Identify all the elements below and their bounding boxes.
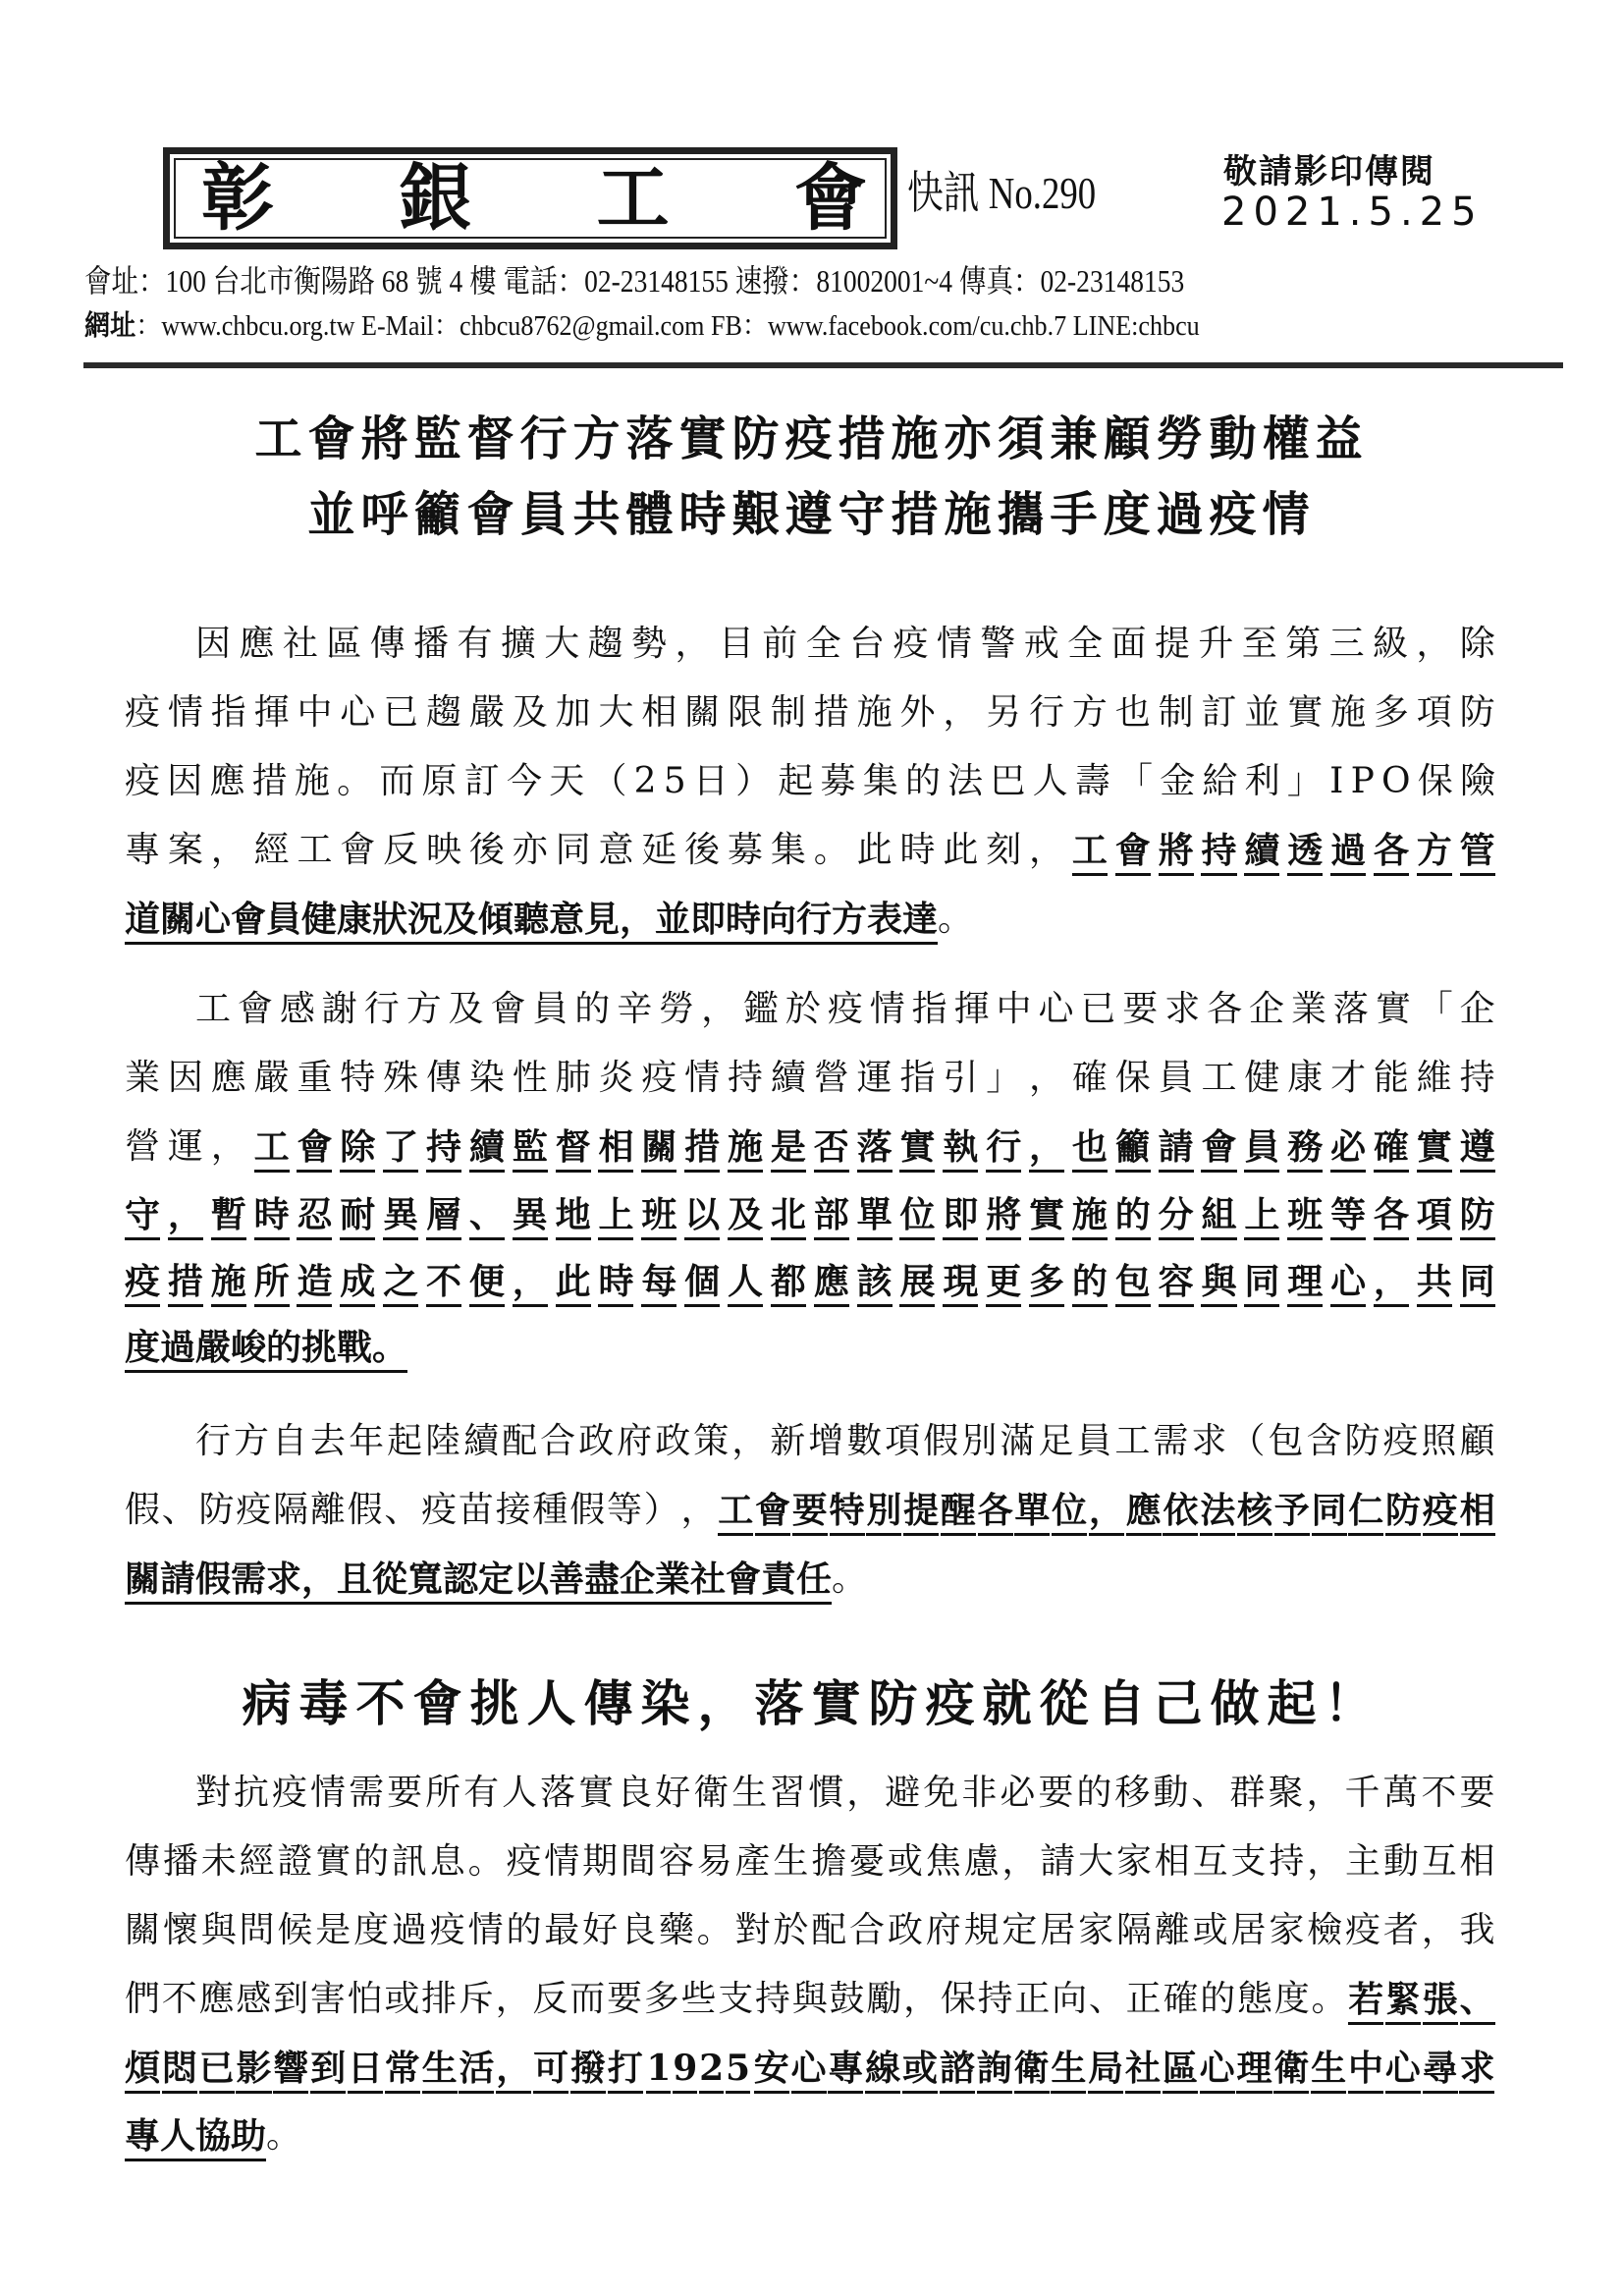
body-text: 性 (513, 1061, 548, 1096)
body-text: 照 (1422, 1424, 1457, 1459)
emphasized-text: 位 (899, 1197, 935, 1240)
body-text: 集 (863, 764, 898, 799)
body-text: 因 (168, 1061, 203, 1096)
body-text: 疫 (641, 1061, 676, 1096)
emphasized-text: 2 (699, 2050, 724, 2094)
body-text: 刻 (986, 833, 1021, 876)
body-text: 及 (513, 695, 548, 731)
emphasized-text: 成 (340, 1264, 375, 1307)
paragraph-line: 關懷與問候是度過疫情的最好良藥。對於配合政府規定居家隔離或居家檢疫者，我 (125, 1913, 1495, 1948)
body-text: 2 (634, 764, 657, 799)
body-text: 持 (978, 1982, 1013, 2025)
body-text: 反 (532, 1982, 568, 2025)
paragraph-line: 行方自去年起陸續配合政府政策，新增數項假別滿足員工需求（包含防疫照顧 (195, 1424, 1495, 1459)
body-text: O (1381, 764, 1411, 799)
body-text: 。 (832, 1561, 867, 1605)
emphasized-text: 會 (1201, 1129, 1236, 1173)
body-text: 防 (1460, 695, 1495, 731)
body-text: 於 (785, 992, 821, 1027)
body-text: 應 (209, 764, 244, 799)
emphasized-text: 確 (1374, 1129, 1409, 1173)
body-text: 給 (1202, 764, 1237, 799)
paragraph-line: 對抗疫情需要所有人落實良好衛生習慣，避免非必要的移動、群聚，千萬不要 (195, 1776, 1495, 1811)
emphasized-text: 各 (978, 1493, 1013, 1536)
body-text: 指 (211, 695, 246, 731)
body-text: 間 (621, 1844, 656, 1880)
emphasized-text: 各 (1374, 1197, 1409, 1240)
body-text: 假 (348, 1493, 383, 1536)
emphasized-text: 務 (1287, 1129, 1323, 1173)
body-text: 募 (821, 764, 856, 799)
emphasized-text: 工 (718, 1493, 753, 1536)
paragraph-line: 道關心會員健康狀況及傾聽意見，並即時向行方表達。 (125, 902, 1495, 945)
body-text: 是 (315, 1913, 351, 1948)
section-heading: 病毒不會挑人傳染，落實防疫就從自己做起！ (0, 1679, 1623, 1728)
emphasized-text: 單 (1014, 1493, 1050, 1536)
body-text: 或 (888, 1844, 923, 1880)
emphasized-text: 忍 (297, 1197, 332, 1240)
body-text: ， (903, 1982, 939, 2025)
body-text: 才 (1330, 1061, 1366, 1096)
body-text: 戒 (1024, 627, 1059, 662)
body-text: 措 (814, 695, 849, 731)
emphasized-text: 影 (236, 2050, 271, 2094)
body-text: 新 (770, 1424, 805, 1459)
emphasized-text: 特 (830, 1493, 865, 1536)
body-text: 相 (641, 695, 676, 731)
body-text: 後 (684, 833, 720, 876)
body-text: 特 (340, 1061, 375, 1096)
emphasized-text: 求 (1459, 2050, 1494, 2094)
body-text: （ (591, 764, 626, 799)
body-text: 疫 (893, 627, 929, 662)
body-text: 態 (1237, 1982, 1272, 2025)
emphasized-text: 實 (1029, 1197, 1064, 1240)
body-text: 求 (1191, 1424, 1226, 1459)
emphasized-text: 核 (1237, 1493, 1272, 1536)
body-text: 續 (463, 1424, 499, 1459)
body-text: 千 (1344, 1776, 1380, 1811)
body-text: 會 (340, 833, 375, 876)
emphasized-text: 多 (1029, 1264, 1064, 1307)
body-text: ， (1029, 833, 1064, 876)
body-text: 疫 (1382, 1424, 1418, 1459)
emphasized-text: 組 (1201, 1197, 1236, 1240)
emphasized-text: 個 (684, 1264, 720, 1307)
emphasized-text: 持 (1201, 833, 1236, 876)
emphasized-text: 打 (608, 2050, 643, 2094)
body-text: 」 (986, 1061, 1021, 1096)
issue-date: 2021.5.25 (1221, 192, 1484, 232)
emphasized-text: 生 (422, 2050, 458, 2094)
emphasized-text: 疫 (1423, 1493, 1458, 1536)
body-text: 巴 (990, 764, 1025, 799)
body-text: 面 (1111, 627, 1147, 662)
emphasized-text: 籲 (1115, 1129, 1151, 1173)
emphasized-text: 層 (426, 1197, 461, 1240)
emphasized-text: 遵 (1460, 1129, 1495, 1173)
body-text: 5 (664, 764, 686, 799)
body-text: 營 (814, 1061, 849, 1096)
body-text: 正 (1126, 1982, 1162, 2025)
body-text: ， (1001, 1844, 1037, 1880)
body-text: 級 (1373, 627, 1408, 662)
emphasized-text: 區 (1163, 2050, 1198, 2094)
body-text: 情 (310, 1776, 346, 1811)
body-text: 中 (997, 992, 1032, 1027)
body-text: 擔 (811, 1844, 846, 1880)
body-text: ， (680, 1493, 716, 1536)
body-text: 息 (430, 1844, 465, 1880)
body-text: 生 (731, 1776, 767, 1811)
body-text: 們 (125, 1982, 160, 2025)
body-text: 、 (384, 1493, 419, 1536)
body-text: 良 (617, 1776, 652, 1811)
body-text: 情 (937, 627, 972, 662)
body-text: 限 (728, 695, 763, 731)
emphasized-text: 社 (1125, 2050, 1161, 2094)
body-text: 三 (1329, 627, 1365, 662)
body-text: 企 (1249, 992, 1284, 1027)
body-text: 疫 (828, 992, 863, 1027)
emphasized-text: 此 (556, 1264, 591, 1307)
body-text: 多 (644, 1982, 679, 2025)
emphasized-text: 常 (385, 2050, 420, 2094)
body-text: 台 (849, 627, 885, 662)
body-text: 壽 (1075, 764, 1110, 799)
emphasized-text: 心 (1200, 2050, 1235, 2094)
body-text: 。 (938, 902, 973, 945)
body-text: 良 (621, 1913, 656, 1948)
body-text: 殊 (383, 1061, 418, 1096)
body-text: 「 (1117, 764, 1153, 799)
body-text: 肺 (556, 1061, 591, 1096)
body-text: 最 (544, 1913, 579, 1948)
emphasized-text: 防 (1460, 1197, 1495, 1240)
body-text: ， (211, 1129, 246, 1173)
body-text: 慮 (964, 1844, 1000, 1880)
emphasized-text: 衛 (1014, 2050, 1050, 2094)
body-text: 持 (728, 1061, 763, 1096)
body-text: 趨 (588, 627, 623, 662)
emphasized-text: 續 (1244, 833, 1279, 876)
body-text: 提 (1155, 627, 1190, 662)
body-text: 訊 (392, 1844, 427, 1880)
body-text: 家 (1116, 1844, 1152, 1880)
body-text: 揮 (254, 695, 290, 731)
emphasized-text: 每 (641, 1264, 676, 1307)
body-text: 關 (684, 695, 720, 731)
body-text: 訂 (464, 764, 500, 799)
paragraph-line: 疫情指揮中心已趨嚴及加大相關限制措施外，另行方也制訂並實施多項防 (125, 695, 1495, 731)
emphasized-text: 也 (1072, 1129, 1108, 1173)
body-text: 辛 (617, 992, 652, 1027)
body-text: 有 (457, 627, 492, 662)
body-text: 度 (1274, 1982, 1310, 2025)
emphasized-text: 落 (857, 1129, 893, 1173)
body-text: 疫 (506, 1844, 541, 1880)
body-text: 應 (211, 1061, 246, 1096)
body-text: 產 (735, 1844, 771, 1880)
emphasized-text: 過 (1330, 833, 1366, 876)
body-text: 要 (1460, 1776, 1495, 1811)
body-text: ， (943, 695, 978, 731)
emphasized-text: 衛 (1273, 2050, 1309, 2094)
body-text: 施 (857, 695, 893, 731)
emphasized-text: 員 (1244, 1129, 1279, 1173)
body-text: 候 (277, 1913, 312, 1948)
body-text: 府 (617, 1424, 652, 1459)
body-text: 對 (195, 1776, 231, 1811)
body-text: 要 (1122, 992, 1158, 1027)
body-text: ， (1416, 627, 1451, 662)
emphasized-text: 執 (943, 1129, 978, 1173)
body-text: ） (644, 1493, 679, 1536)
body-text: 藥 (659, 1913, 694, 1948)
contact-web-line: 網址：www.chbcu.org.tw E-Mail：chbcu8762@gma… (84, 312, 1200, 341)
emphasized-text: 將 (986, 1197, 1021, 1240)
body-text: 相 (1460, 1844, 1495, 1880)
body-text: 政 (578, 1424, 614, 1459)
body-text: 必 (1000, 1776, 1035, 1811)
body-text: 過 (392, 1913, 427, 1948)
body-text: 或 (1193, 1913, 1228, 1948)
emphasized-text: 分 (1159, 1197, 1194, 1240)
body-text: 加 (556, 695, 591, 731)
paragraph-line: 煩悶已影響到日常生活，可撥打 1925 安心專線或諮詢衛生局社區心理衛生中心尋求 (125, 2050, 1495, 2094)
body-text: 措 (252, 764, 288, 799)
paragraph-line: 假、防疫隔離假、疫苗接種假等），工會要特別提醒各單位，應依法核予同仁防疫相 (125, 1493, 1495, 1536)
body-text: 不 (1422, 1776, 1457, 1811)
body-text: 另 (986, 695, 1021, 731)
paragraph-line: 們不應感到害怕或排斥，反而要多些支持與鼓勵，保持正向、正確的態度。若緊張、 (125, 1982, 1495, 2025)
body-text: 生 (773, 1844, 808, 1880)
body-text: 員 (532, 992, 568, 1027)
body-text: 定 (1001, 1913, 1037, 1948)
body-text: 好 (655, 1776, 690, 1811)
body-text: 需 (1153, 1424, 1188, 1459)
body-text: 期 (582, 1844, 618, 1880)
emphasized-text: 異 (383, 1197, 418, 1240)
body-text: 第 (1285, 627, 1321, 662)
emphasized-text: 心 (791, 2050, 827, 2094)
body-text: ， (675, 627, 710, 662)
emphasized-text: 同 (1460, 1264, 1495, 1307)
body-text: 並 (1244, 695, 1279, 731)
body-text: 指 (899, 1061, 935, 1096)
body-text: 防 (1344, 1424, 1380, 1459)
emphasized-text: 時 (598, 1264, 633, 1307)
body-text: 施 (295, 764, 330, 799)
body-text: 策 (693, 1424, 729, 1459)
body-text: 謝 (322, 992, 357, 1027)
emphasized-text: ， (513, 1264, 548, 1307)
emphasized-text: 暫 (211, 1197, 246, 1240)
body-text: 免 (923, 1776, 958, 1811)
body-text: 焦 (926, 1844, 961, 1880)
body-text: 包 (1268, 1424, 1303, 1459)
masthead-box: 彰 銀 工 會 (163, 147, 897, 249)
emphasized-text: 尋 (1423, 2050, 1458, 2094)
emphasized-text: 、 (1460, 1982, 1495, 2025)
emphasized-text: 理 (1236, 2050, 1271, 2094)
emphasized-text: 以 (684, 1197, 720, 1240)
body-text: 隔 (273, 1493, 308, 1536)
body-text: 嚴 (254, 1061, 290, 1096)
body-text: 應 (239, 627, 274, 662)
emphasized-text: 持 (426, 1129, 461, 1173)
body-text: 落 (540, 1776, 575, 1811)
body-text: 映 (426, 833, 461, 876)
body-text: 各 (1207, 992, 1242, 1027)
body-text: 大 (544, 627, 579, 662)
body-text: 疫 (272, 1776, 307, 1811)
body-text: 。 (697, 1913, 732, 1948)
body-text: 嚴 (469, 695, 505, 731)
emphasized-text: 安 (754, 2050, 789, 2094)
emphasized-text: 關 (641, 1129, 676, 1173)
body-text: 持 (755, 1982, 790, 2025)
body-text: 。 (337, 764, 372, 799)
body-text: 關 (125, 1913, 160, 1948)
body-text: 種 (532, 1493, 568, 1536)
body-text: 員 (1159, 1061, 1194, 1096)
body-text: 移 (1114, 1776, 1150, 1811)
body-text: 。 (468, 1844, 504, 1880)
emphasized-text: 請 (1159, 1129, 1194, 1173)
body-text: 大 (598, 695, 633, 731)
emphasized-text: 是 (771, 1129, 806, 1173)
body-text: 揮 (954, 992, 990, 1027)
body-text: 傳 (426, 1061, 461, 1096)
body-text: 外 (899, 695, 935, 731)
body-text: 持 (1269, 1844, 1304, 1880)
body-text: 訂 (1201, 695, 1236, 731)
body-text: 主 (1345, 1844, 1380, 1880)
body-text: 反 (383, 833, 418, 876)
body-text: 引 (943, 1061, 978, 1096)
body-text: 數 (846, 1424, 882, 1459)
body-text: 染 (469, 1061, 505, 1096)
emphasized-text: 應 (814, 1264, 849, 1307)
emphasized-text: 詢 (977, 2050, 1012, 2094)
body-text: 別 (961, 1424, 997, 1459)
body-text: 持 (1460, 1061, 1495, 1096)
body-text: 假 (923, 1424, 958, 1459)
body-text: 、 (1089, 1982, 1124, 2025)
body-text: 疫 (125, 695, 160, 731)
body-text: 指 (912, 992, 947, 1027)
body-text: 疫 (421, 1493, 457, 1536)
body-text: 實 (578, 1776, 614, 1811)
body-text: 聚 (1268, 1776, 1303, 1811)
emphasized-text: 心 (1330, 1264, 1366, 1307)
emphasized-text: 線 (865, 2050, 900, 2094)
body-text: 與 (792, 1982, 828, 2025)
body-text: 鑑 (743, 992, 779, 1027)
emphasized-text: 各 (1374, 833, 1409, 876)
body-text: 警 (980, 627, 1015, 662)
emphasized-text: 會 (297, 1129, 332, 1173)
emphasized-text: 除 (340, 1129, 375, 1173)
body-text: 問 (240, 1913, 275, 1948)
paragraph-line: 專案，經工會反映後亦同意延後募集。此時此刻，工會將持續透過各方管 (125, 833, 1495, 876)
emphasized-text: ， (1374, 1264, 1409, 1307)
body-text: 有 (463, 1776, 499, 1811)
body-text: 募 (728, 833, 763, 876)
body-text: 行 (364, 992, 400, 1027)
emphasized-text: 法 (1200, 1493, 1235, 1536)
body-text: 離 (1155, 1913, 1190, 1948)
masthead-inner-frame: 彰 銀 工 會 (174, 158, 887, 239)
body-text: 項 (885, 1424, 920, 1459)
body-text: 健 (1244, 1061, 1279, 1096)
body-text: 延 (641, 833, 676, 876)
body-text: 規 (964, 1913, 1000, 1948)
emphasized-text: 專人協助 (125, 2118, 266, 2161)
emphasized-text: 理 (1287, 1264, 1323, 1307)
body-text: 互 (1193, 1844, 1228, 1880)
body-text: 所 (425, 1776, 460, 1811)
emphasized-text: 疫 (125, 1264, 160, 1307)
body-text: 慣 (808, 1776, 843, 1811)
body-text: 接 (496, 1493, 531, 1536)
body-text: 抗 (234, 1776, 269, 1811)
paragraph-line: 因應社區傳播有擴大趨勢，目前全台疫情警戒全面提升至第三級，除 (195, 627, 1495, 662)
body-text: 保 (1115, 1061, 1151, 1096)
body-text: 合 (849, 1913, 885, 1948)
body-text: 工 (297, 833, 332, 876)
emphasized-text: 專 (828, 2050, 863, 2094)
emphasized-text: 等 (1330, 1197, 1366, 1240)
body-text: ， (846, 1776, 882, 1811)
emphasized-text: 施 (211, 1264, 246, 1307)
emphasized-text: 若 (1348, 1982, 1383, 2025)
emphasized-text: 班 (1287, 1197, 1323, 1240)
emphasized-text: 及 (728, 1197, 763, 1240)
body-text: 集 (771, 833, 806, 876)
org-name-char: 彰 (201, 162, 274, 235)
body-text: 衛 (693, 1776, 729, 1811)
emphasized-text: 仁 (1348, 1493, 1383, 1536)
org-name-char: 工 (597, 162, 670, 235)
emphasized-text: 度過嚴峻的挑戰。 (125, 1330, 407, 1373)
body-text: 趨 (426, 695, 461, 731)
body-text: 或 (384, 1982, 419, 2025)
body-text: 播 (163, 1844, 198, 1880)
body-text: 員 (1076, 1424, 1111, 1459)
body-text: 方 (234, 1424, 269, 1459)
body-text: 意 (598, 833, 633, 876)
body-text: 求 (1164, 992, 1200, 1027)
body-text: 自 (272, 1424, 307, 1459)
body-text: 感 (236, 1982, 271, 2025)
body-text: 此 (857, 833, 893, 876)
emphasized-text: 續 (469, 1129, 505, 1173)
body-text: 合 (540, 1424, 575, 1459)
body-text: 企 (1460, 992, 1495, 1027)
body-text: 目 (719, 627, 754, 662)
paragraph-line: 關請假需求，且從寬認定以善盡企業社會責任。 (125, 1561, 1495, 1605)
emphasized-text: 防 (1385, 1493, 1421, 1536)
body-text: 運 (168, 1129, 203, 1173)
emphasized-text: 予 (1274, 1493, 1310, 1536)
body-text: 易 (697, 1844, 732, 1880)
body-text: 的 (1200, 1982, 1235, 2025)
body-text: 對 (735, 1913, 771, 1948)
website-label: 網址 (84, 310, 135, 342)
body-text: 法 (947, 764, 983, 799)
